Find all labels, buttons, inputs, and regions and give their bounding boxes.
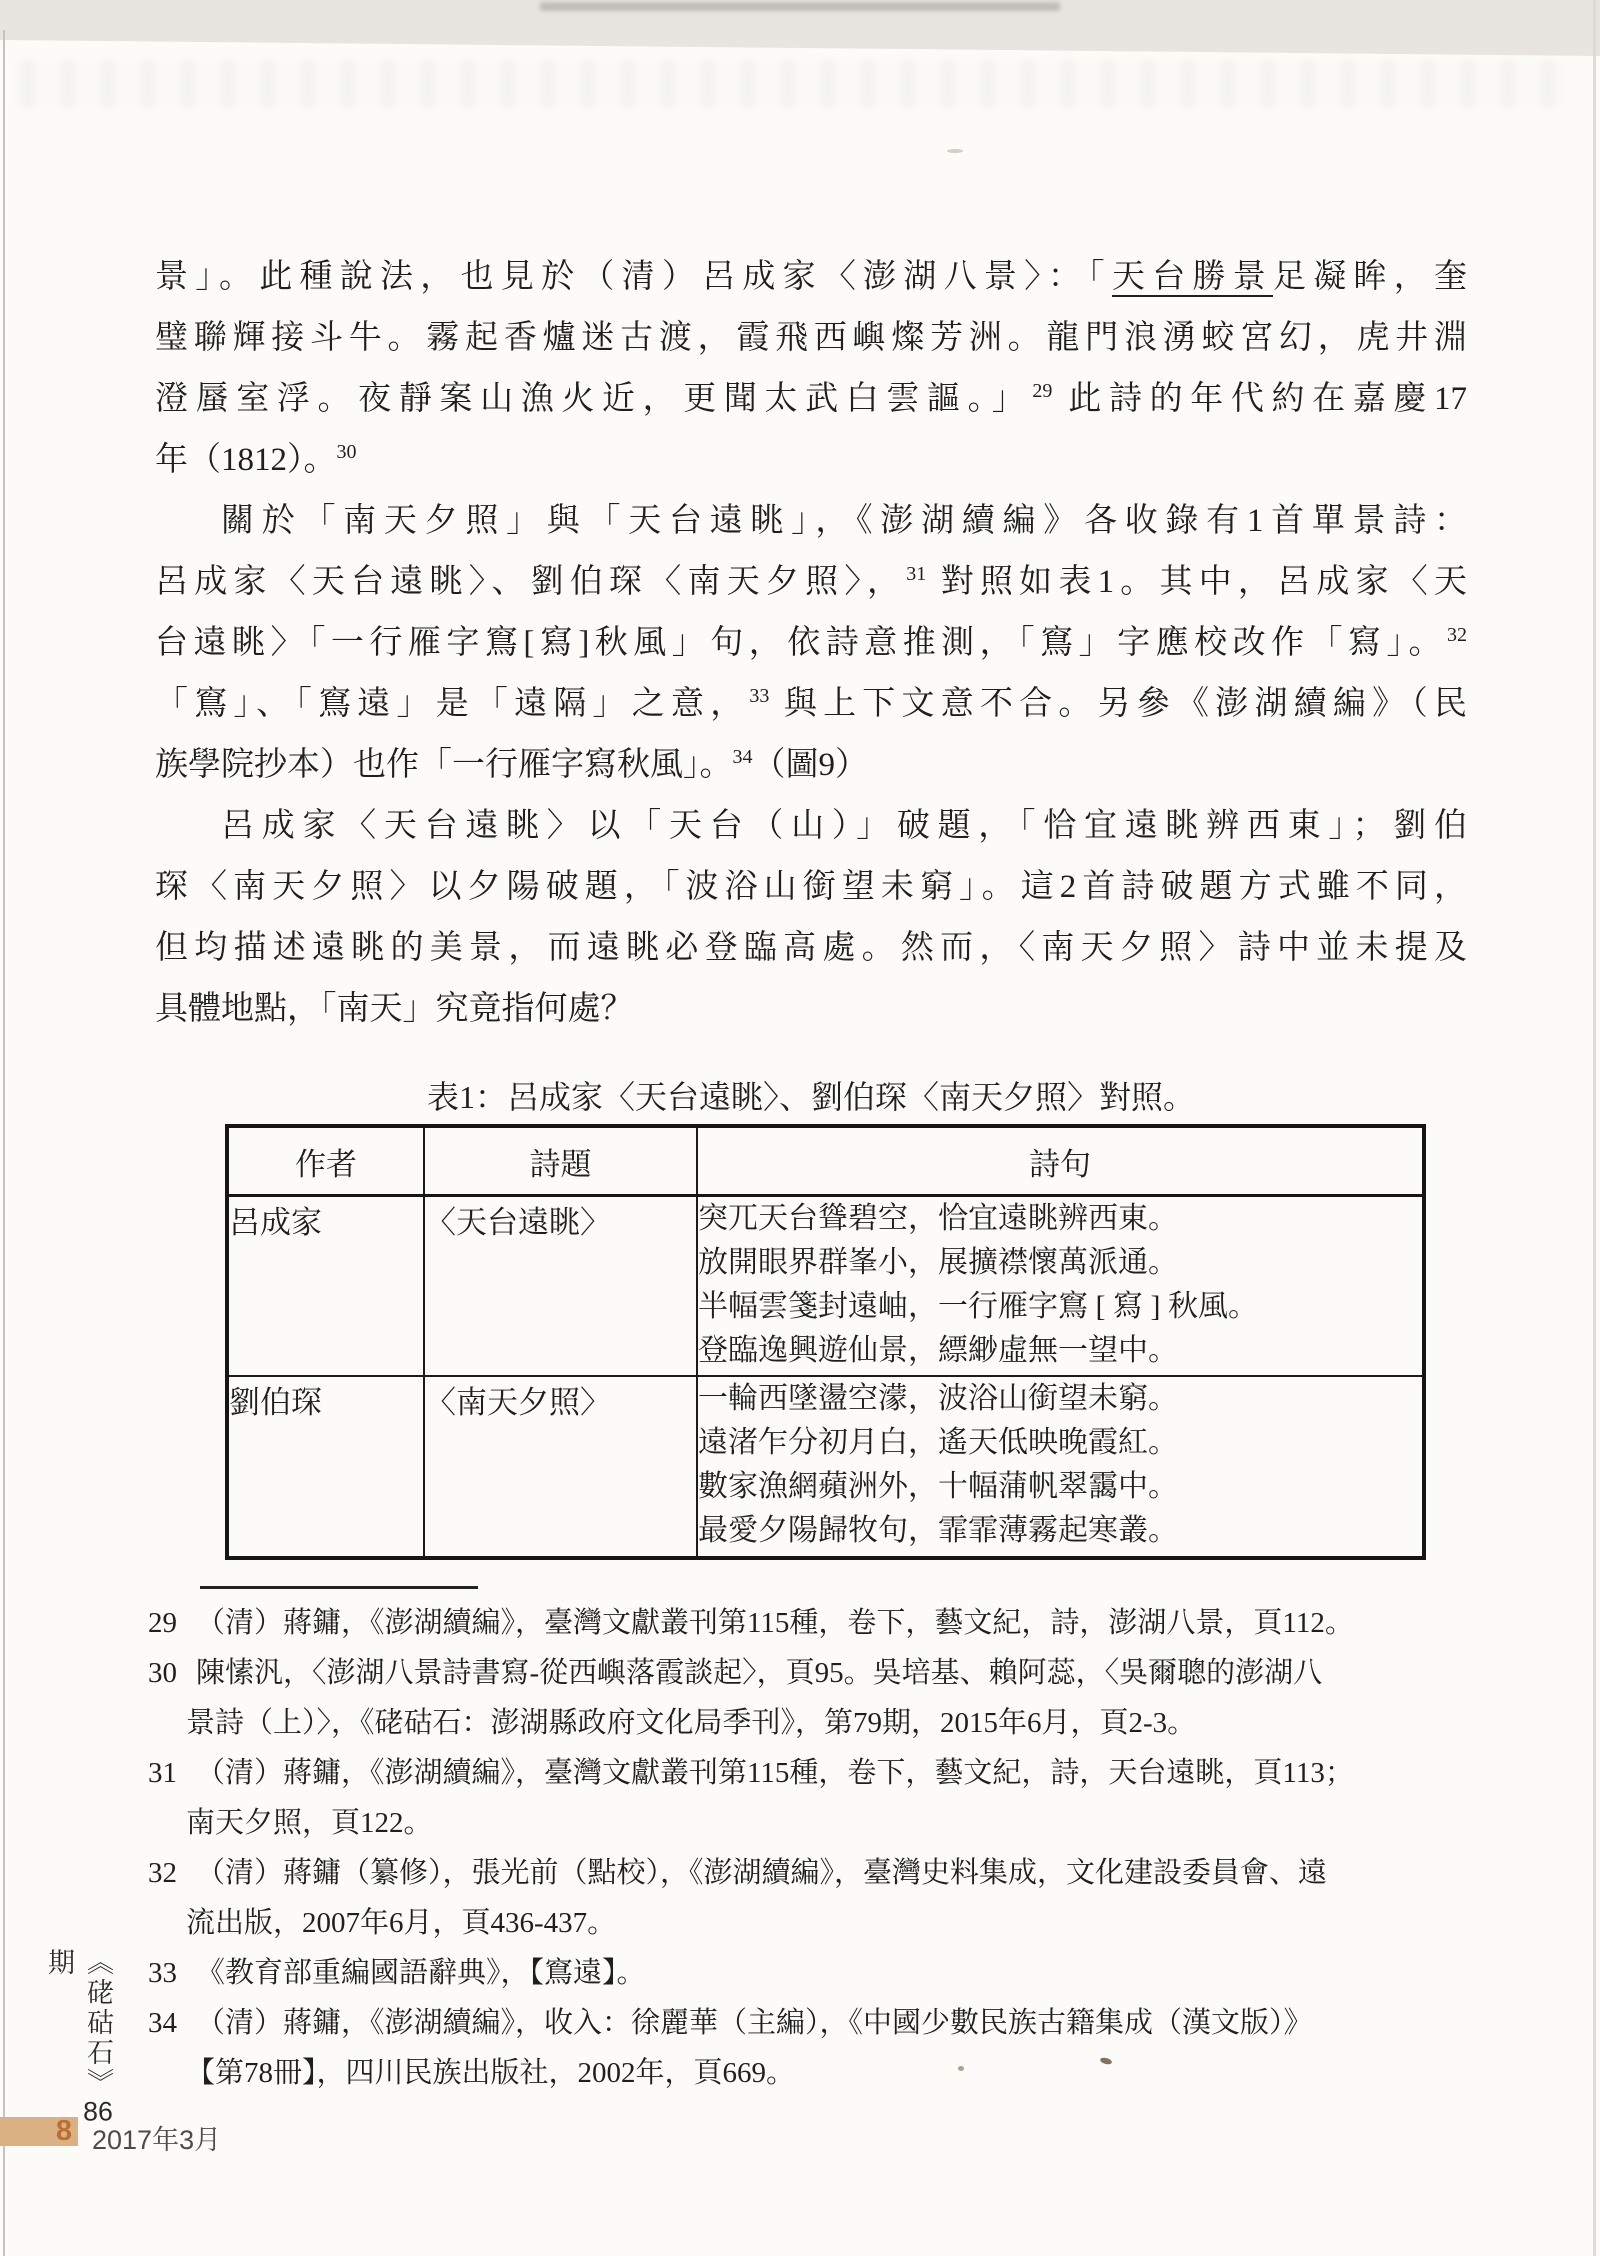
body-line: 具體地點，「南天」究竟指何處？ <box>155 979 1467 1040</box>
body-line: 但均描述遠眺的美景，而遠眺必登臨高處。然而，〈南天夕照〉詩中並未提及 <box>155 918 1467 979</box>
verse-line: 登臨逸興遊仙景，縹緲虛無一望中。 <box>698 1329 1422 1373</box>
verse-line: 半幅雲箋封遠岫，一行雁字窵 [ 寫 ] 秋風。 <box>698 1285 1422 1329</box>
body-line: 年（1812）。30 <box>155 430 1467 491</box>
footnote-number: 34 <box>148 1998 196 2048</box>
cell-verses: 突兀天台聳碧空，恰宜遠眺辨西東。放開眼界群峯小，展擴襟懷萬派通。半幅雲箋封遠岫，… <box>697 1196 1424 1377</box>
footnote-line: 31（清）蔣鏞，《澎湖續編》，臺灣文獻叢刊第115種，卷下，藝文紀，詩，天台遠眺… <box>148 1748 1482 1798</box>
footnote-line: 【第78冊】，四川民族出版社，2002年，頁669。 <box>148 2048 1482 2098</box>
issue-suffix: 期 <box>44 1948 74 1978</box>
verse-line: 放開眼界群峯小，展擴襟懷萬派通。 <box>698 1241 1422 1285</box>
cell-author: 劉伯琛 <box>227 1376 424 1558</box>
body-line: 景」。此種說法，也見於（清）呂成家〈澎湖八景〉：「天台勝景足凝眸，奎 <box>155 247 1467 308</box>
poem-comparison-table: 作者 詩題 詩句 呂成家〈天台遠眺〉突兀天台聳碧空，恰宜遠眺辨西東。放開眼界群峯… <box>225 1124 1426 1560</box>
footnote-ref: 32 <box>1447 624 1467 646</box>
footnote-line: 33《教育部重編國語辭典》，【窵遠】。 <box>148 1948 1482 1998</box>
table-header-row: 作者 詩題 詩句 <box>227 1126 1424 1196</box>
footnote-number: 33 <box>148 1948 196 1998</box>
cell-verses: 一輪西墜盪空濛，波浴山銜望未窮。遠渚乍分初月白，遙天低映晚霞紅。數家漁網蘋洲外，… <box>697 1376 1424 1558</box>
bleed-through-band <box>20 60 1565 108</box>
footnote-line: 34（清）蔣鏞，《澎湖續編》，收入：徐麗華（主編），《中國少數民族古籍集成（漢文… <box>148 1998 1482 2048</box>
bleed-through-strip <box>540 2 1060 11</box>
body-line: 「窵」、「窵遠」是「遠隔」之意，33 與上下文意不合。另參《澎湖續編》（民 <box>155 674 1467 735</box>
verse-line: 最愛夕陽歸牧句，霏霏薄霧起寒叢。 <box>698 1509 1422 1553</box>
journal-title: 《硓𥑮石》 <box>83 1948 113 2098</box>
footnote-ref: 33 <box>749 685 769 707</box>
footnote-separator <box>200 1586 478 1589</box>
column-header-author: 作者 <box>227 1126 424 1196</box>
body-line: 琛〈南天夕照〉以夕陽破題，「波浴山銜望未窮」。這2首詩破題方式雖不同， <box>155 857 1467 918</box>
body-line: 呂成家〈天台遠眺〉以「天台（山）」破題，「恰宜遠眺辨西東」；劉伯 <box>155 796 1467 857</box>
body-line: 族學院抄本）也作「一行雁字寫秋風」。34（圖9） <box>155 735 1467 796</box>
footnote-text: 陳愫汎，〈澎湖八景詩書寫-從西嶼落霞談起〉，頁95。吳培基、賴阿蕊，〈吳爾聰的澎… <box>196 1657 1322 1689</box>
footnote-text: （清）蔣鏞，《澎湖續編》，臺灣文獻叢刊第115種，卷下，藝文紀，詩，澎湖八景，頁… <box>196 1607 1354 1639</box>
body-line: 呂成家〈天台遠眺〉、劉伯琛〈南天夕照〉，31 對照如表1。其中，呂成家〈天 <box>155 552 1467 613</box>
footnote-line: 32（清）蔣鏞（纂修），張光前（點校），《澎湖續編》，臺灣史料集成，文化建設委員… <box>148 1848 1482 1898</box>
issue-date: 2017年3月 <box>92 2118 221 2157</box>
footnote-number: 29 <box>148 1598 196 1648</box>
journal-margin-label: 《硓𥑮石》86期 <box>40 1948 118 2128</box>
footnote-text: （清）蔣鏞，《澎湖續編》，收入：徐麗華（主編），《中國少數民族古籍集成（漢文版）… <box>196 2007 1313 2039</box>
footnote-line: 流出版，2007年6月，頁436-437。 <box>148 1898 1482 1948</box>
footnote-ref: 34 <box>733 746 753 768</box>
footnote-number: 30 <box>148 1648 196 1698</box>
footnote-ref: 30 <box>337 441 357 463</box>
body-line: 璧聯輝接斗牛。霧起香爐迷古渡，霞飛西嶼燦芳洲。龍門浪湧蛟宮幻，虎井淵 <box>155 308 1467 369</box>
scan-speck <box>947 149 963 153</box>
footnote-text: 流出版，2007年6月，頁436-437。 <box>186 1907 616 1939</box>
table-body: 呂成家〈天台遠眺〉突兀天台聳碧空，恰宜遠眺辨西東。放開眼界群峯小，展擴襟懷萬派通… <box>227 1196 1424 1559</box>
footnotes: 29（清）蔣鏞，《澎湖續編》，臺灣文獻叢刊第115種，卷下，藝文紀，詩，澎湖八景… <box>148 1598 1482 2098</box>
footnote-text: 景詩（上）〉，《硓𥑮石：澎湖縣政府文化局季刊》，第79期，2015年6月，頁2-… <box>186 1707 1196 1739</box>
cell-poem-title: 〈南天夕照〉 <box>424 1376 697 1558</box>
body-line: 台遠眺〉「一行雁字窵[寫]秋風」句，依詩意推測，「窵」字應校改作「寫」。32 <box>155 613 1467 674</box>
verse-line: 遠渚乍分初月白，遙天低映晚霞紅。 <box>698 1421 1422 1465</box>
footnote-number: 31 <box>148 1748 196 1798</box>
scan-edge-left <box>3 30 5 2256</box>
column-header-title: 詩題 <box>424 1126 697 1196</box>
verse-line: 一輪西墜盪空濛，波浴山銜望未窮。 <box>698 1377 1422 1421</box>
verse-line: 突兀天台聳碧空，恰宜遠眺辨西東。 <box>698 1197 1422 1241</box>
footnote-line: 南天夕照，頁122。 <box>148 1798 1482 1848</box>
verse-line: 數家漁網蘋洲外，十幅蒲帆翠靄中。 <box>698 1465 1422 1509</box>
page-number-box: 8 <box>0 2117 78 2146</box>
body-line: 關於「南天夕照」與「天台遠眺」，《澎湖續編》各收錄有1首單景詩： <box>155 491 1467 552</box>
footnote-text: （清）蔣鏞（纂修），張光前（點校），《澎湖續編》，臺灣史料集成，文化建設委員會、… <box>196 1857 1327 1889</box>
footnote-number: 32 <box>148 1848 196 1898</box>
cell-poem-title: 〈天台遠眺〉 <box>424 1196 697 1377</box>
scanned-page: 景」。此種說法，也見於（清）呂成家〈澎湖八景〉：「天台勝景足凝眸，奎璧聯輝接斗牛… <box>0 0 1600 2256</box>
page-number: 8 <box>56 2115 72 2147</box>
column-header-verse: 詩句 <box>697 1126 1424 1196</box>
table-row: 呂成家〈天台遠眺〉突兀天台聳碧空，恰宜遠眺辨西東。放開眼界群峯小，展擴襟懷萬派通… <box>227 1196 1424 1377</box>
table-row: 劉伯琛〈南天夕照〉一輪西墜盪空濛，波浴山銜望未窮。遠渚乍分初月白，遙天低映晚霞紅… <box>227 1376 1424 1558</box>
footnote-text: 南天夕照，頁122。 <box>186 1807 433 1839</box>
cell-author: 呂成家 <box>227 1196 424 1377</box>
footnote-ref: 31 <box>906 563 926 585</box>
footnote-line: 景詩（上）〉，《硓𥑮石：澎湖縣政府文化局季刊》，第79期，2015年6月，頁2-… <box>148 1698 1482 1748</box>
body-line: 澄蜃室浮。夜靜案山漁火近，更聞太武白雲謳。」29 此詩的年代約在嘉慶17 <box>155 369 1467 430</box>
footnote-line: 29（清）蔣鏞，《澎湖續編》，臺灣文獻叢刊第115種，卷下，藝文紀，詩，澎湖八景… <box>148 1598 1482 1648</box>
body-text: 景」。此種說法，也見於（清）呂成家〈澎湖八景〉：「天台勝景足凝眸，奎璧聯輝接斗牛… <box>155 247 1467 1040</box>
footnote-text: （清）蔣鏞，《澎湖續編》，臺灣文獻叢刊第115種，卷下，藝文紀，詩，天台遠眺，頁… <box>196 1757 1354 1789</box>
footnote-text: 《教育部重編國語辭典》，【窵遠】。 <box>196 1957 646 1989</box>
footnote-text: 【第78冊】，四川民族出版社，2002年，頁669。 <box>186 2057 795 2089</box>
footnote-ref: 29 <box>1032 380 1052 402</box>
scan-edge-right <box>1593 0 1596 2256</box>
table-caption: 表1：呂成家〈天台遠眺〉、劉伯琛〈南天夕照〉對照。 <box>155 1072 1467 1118</box>
footnote-line: 30陳愫汎，〈澎湖八景詩書寫-從西嶼落霞談起〉，頁95。吳培基、賴阿蕊，〈吳爾聰… <box>148 1648 1482 1698</box>
